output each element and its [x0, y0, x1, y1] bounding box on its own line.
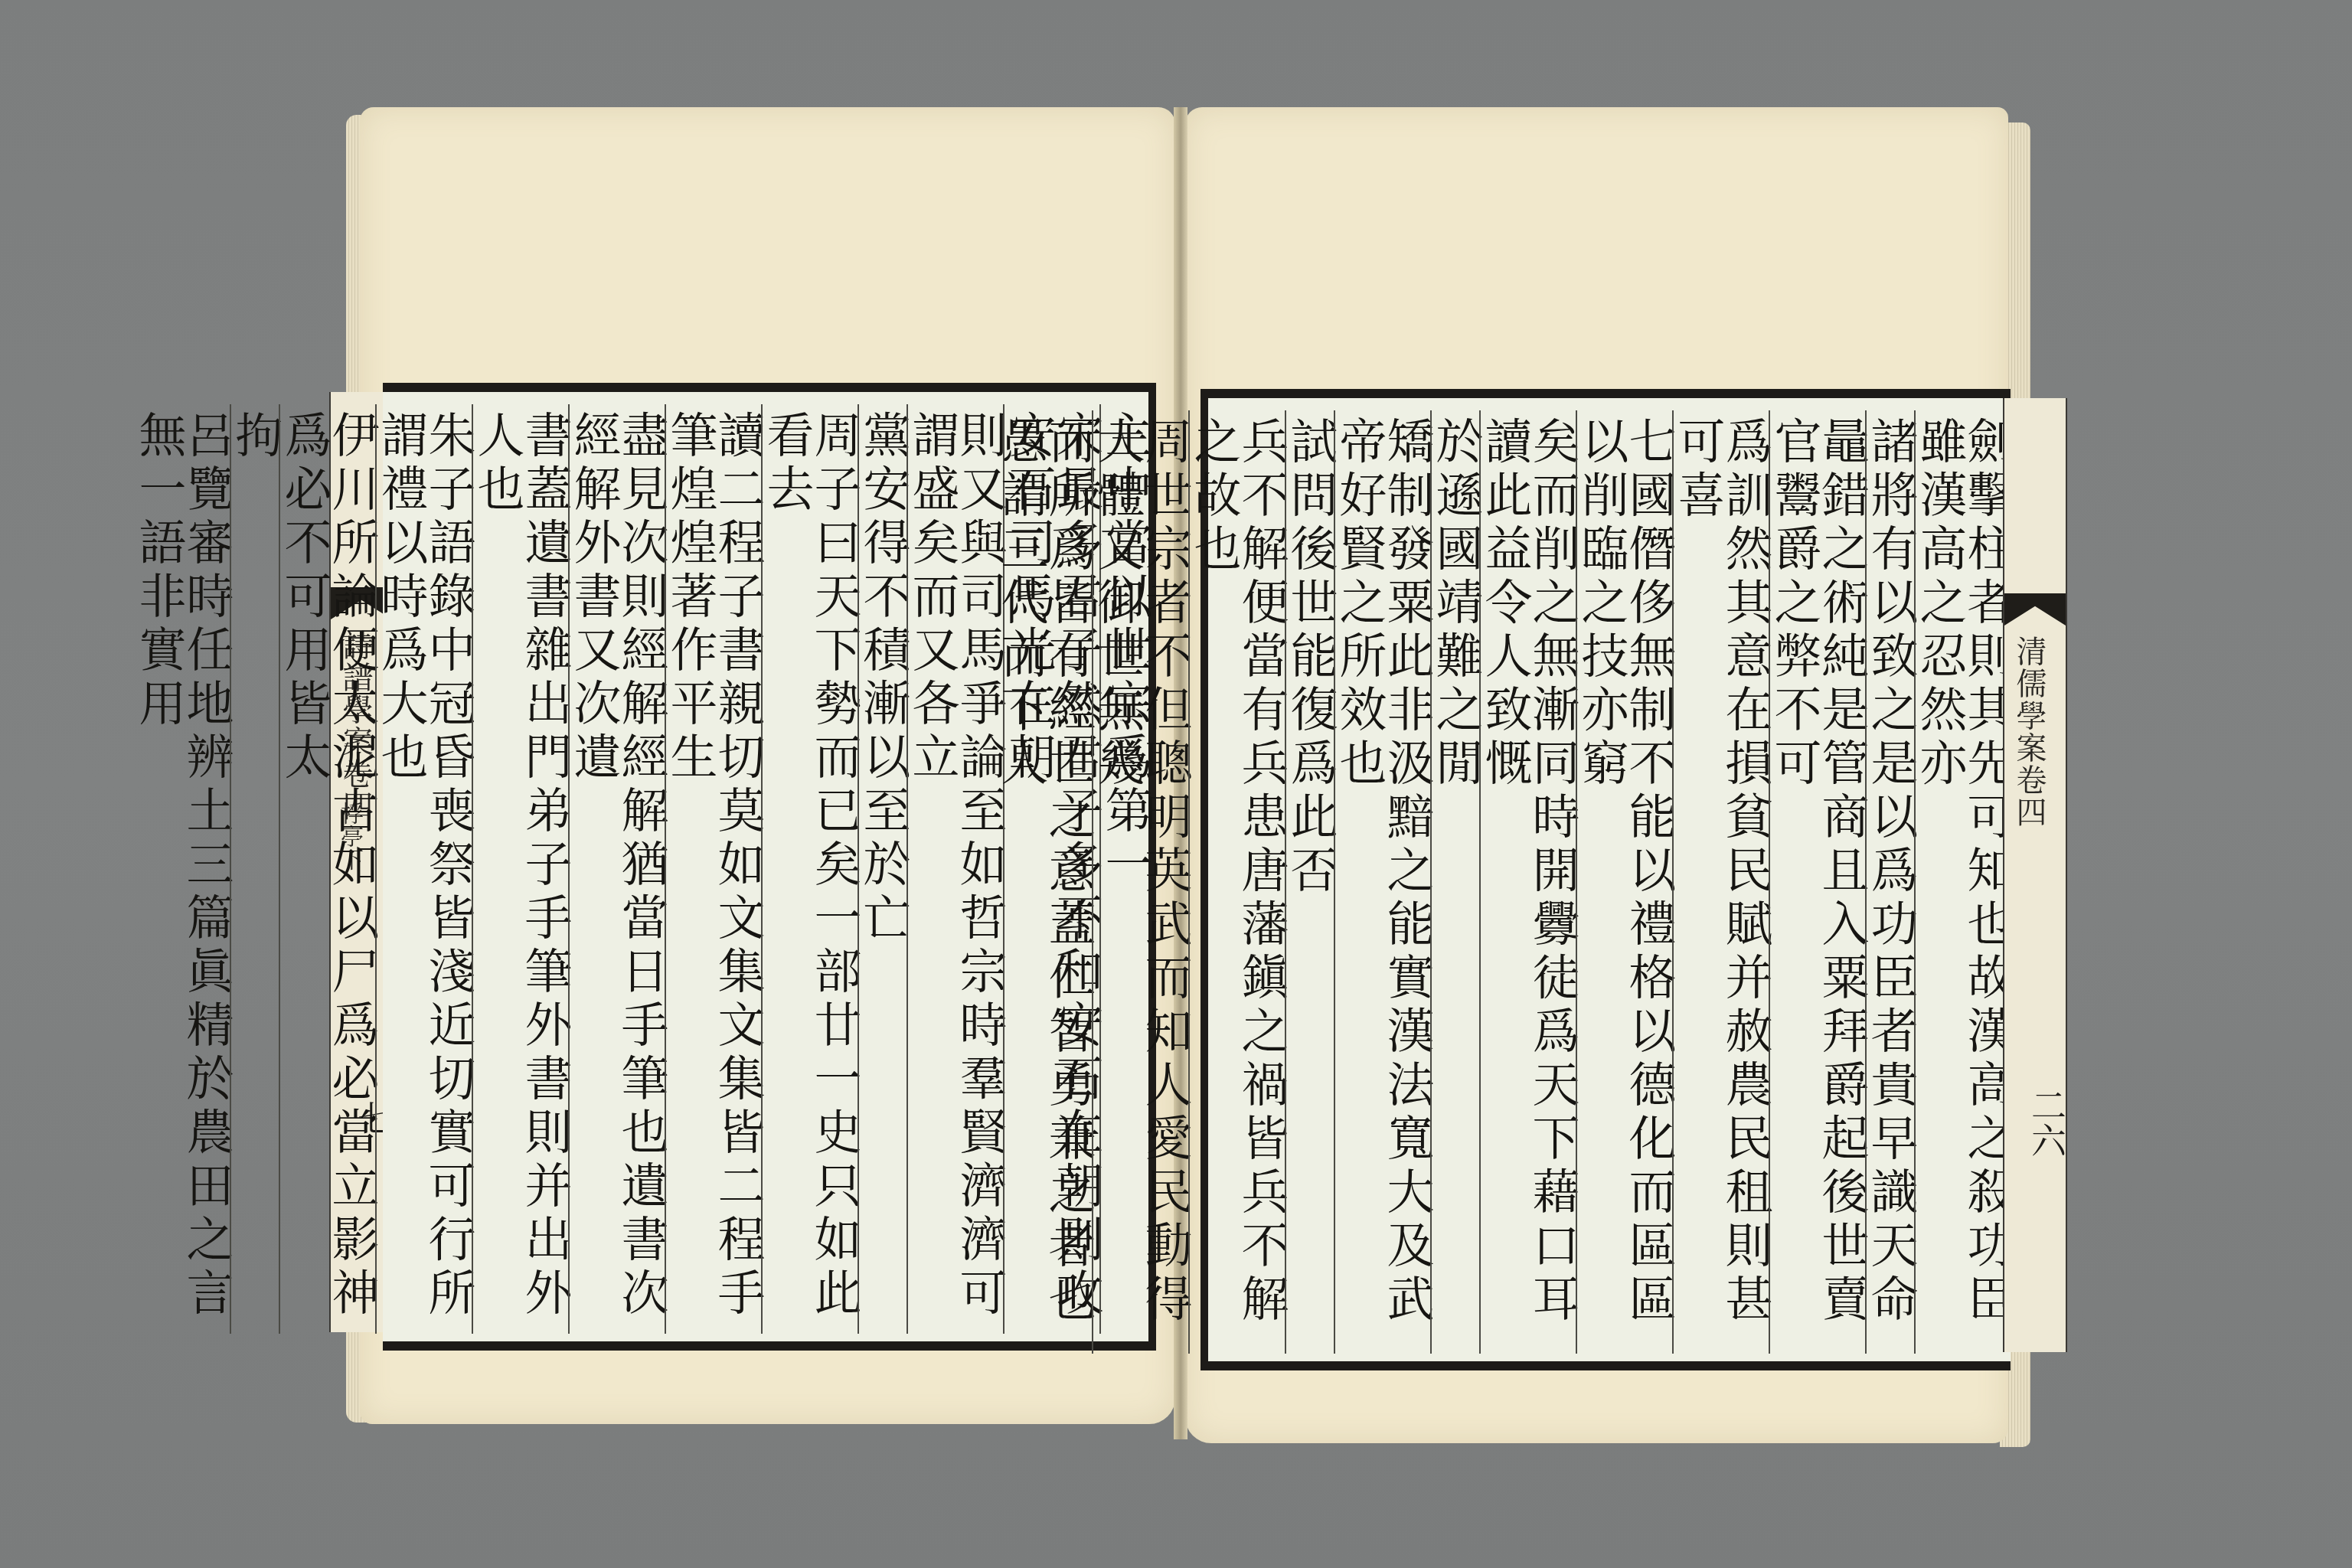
- text-column: 鼂錯之術純是管商且入粟拜爵起後世賣官鬻爵之弊不可: [1769, 410, 1865, 1354]
- text-column: 而所爲皆有經世之意蓋仁智勇兼之者也愚謂三代而下人: [997, 410, 1092, 1354]
- right-fold-margin: 清儒學案卷四 二六: [2003, 398, 2067, 1352]
- text-column: 於遜國靖難之閒: [1430, 410, 1479, 1354]
- text-column: 呂覽審時任地辨土三篇眞精於農田之言無一語非實用: [135, 404, 230, 1334]
- text-column: 周子曰天下勢而已矣一部廿一史只如此看去: [761, 404, 857, 1334]
- column-text: 黨安得不積漸以至於亡: [859, 410, 906, 946]
- text-column: 矣而削之無漸同時開釁徒爲天下藉口耳讀此益令人致慨: [1479, 410, 1576, 1354]
- column-text: 試問後世能復爲此否: [1286, 416, 1334, 899]
- right-print-frame: 劍擊柱者則其先可知也故漢高之殺功臣雖漢高之忍然亦 諸將有以致之是以爲功臣者貴早識…: [1200, 389, 2011, 1370]
- column-text: 則又與司馬爭論至如哲宗時羣賢濟濟可謂盛矣而又各立: [908, 410, 1003, 1334]
- text-column: 試問後世能復爲此否: [1285, 410, 1334, 1354]
- text-column: 爲訓然其意在損貧民賦并赦農民租則甚可喜: [1672, 410, 1769, 1354]
- column-text: 矣而削之無漸同時開釁徒爲天下藉口耳讀此益令人致慨: [1481, 416, 1576, 1354]
- column-text: 伊川所論便太泥古如以尸爲必當立影神爲必不可用皆太: [280, 410, 375, 1334]
- column-text: 諸將有以致之是以爲功臣者貴早識天命: [1867, 416, 1914, 1328]
- column-text: 七國僭侈無制不能以禮格以德化而區區以削臨之技亦窮: [1577, 416, 1672, 1354]
- text-column: 兵不解便當有兵患唐藩鎭之禍皆兵不解之故也: [1188, 410, 1285, 1354]
- column-text: 盡見次則經解經解猶當日手筆也遺書次經解外書又次遺: [570, 410, 665, 1334]
- open-book: 詩譜學案卷四 桴亭下 七 主中當以世宗爲第一 宋最多君子然君子多不和安石在朝則攻…: [0, 0, 2352, 1568]
- column-text: 而所爲皆有經世之意蓋仁智勇兼之者也愚謂三代而下人: [997, 416, 1092, 1354]
- column-text: 呂覽審時任地辨土三篇眞精於農田之言無一語非實用: [135, 410, 230, 1334]
- column-text: 劍擊柱者則其先可知也故漢高之殺功臣雖漢高之忍然亦: [1916, 416, 2011, 1354]
- text-column: 黨安得不積漸以至於亡: [857, 404, 906, 1334]
- column-text: 讀二程子書親切莫如文集文集皆二程手筆煌煌著作平生: [666, 410, 761, 1334]
- text-column: 盡見次則經解經解猶當日手筆也遺書次經解外書又次遺: [568, 404, 665, 1334]
- column-text: 兵不解便當有兵患唐藩鎭之禍皆兵不解之故也: [1190, 416, 1285, 1354]
- text-column: 劍擊柱者則其先可知也故漢高之殺功臣雖漢高之忍然亦: [1914, 410, 2011, 1354]
- right-page-number: 二六: [2021, 1087, 2072, 1158]
- column-text: 周世宗者不但聰明英武而知人愛民動得大體又御世無幾: [1093, 416, 1188, 1354]
- column-text: 書蓋遺書雜出門弟子手筆外書則并出外人也: [473, 410, 568, 1334]
- column-text: 爲訓然其意在損貧民賦并赦農民租則甚可喜: [1674, 416, 1769, 1354]
- column-text: 矯制發粟此非汲黯之能實漢法寬大及武帝好賢之所效也: [1335, 416, 1430, 1354]
- right-fold-title: 清儒學案卷四: [2014, 635, 2044, 828]
- text-column: 朱子語錄中冠昏喪祭皆淺近切實可行所謂禮以時爲大也: [375, 404, 472, 1334]
- column-text: 拘: [231, 410, 279, 464]
- text-column: 讀二程子書親切莫如文集文集皆二程手筆煌煌著作平生: [665, 404, 761, 1334]
- right-text-columns: 劍擊柱者則其先可知也故漢高之殺功臣雖漢高之忍然亦 諸將有以致之是以爲功臣者貴早識…: [1208, 410, 2011, 1354]
- column-text: 於遜國靖難之閒: [1432, 416, 1479, 792]
- text-column: 七國僭侈無制不能以禮格以德化而區區以削臨之技亦窮: [1576, 410, 1672, 1354]
- text-column: 則又與司馬爭論至如哲宗時羣賢濟濟可謂盛矣而又各立: [906, 404, 1003, 1334]
- column-text: 周子曰天下勢而已矣一部廿一史只如此看去: [763, 410, 857, 1334]
- text-column: 書蓋遺書雜出門弟子手筆外書則并出外人也: [472, 404, 568, 1334]
- text-column: 矯制發粟此非汲黯之能實漢法寬大及武帝好賢之所效也: [1334, 410, 1430, 1354]
- column-text: 鼂錯之術純是管商且入粟拜爵起後世賣官鬻爵之弊不可: [1770, 416, 1865, 1354]
- text-column: 諸將有以致之是以爲功臣者貴早識天命: [1865, 410, 1914, 1354]
- text-column: 伊川所論便太泥古如以尸爲必當立影神爲必不可用皆太: [279, 404, 375, 1334]
- text-column: 拘: [230, 404, 279, 1334]
- fish-tail-ornament: [2004, 593, 2066, 626]
- text-column: 周世宗者不但聰明英武而知人愛民動得大體又御世無幾: [1092, 410, 1188, 1354]
- column-text: 朱子語錄中冠昏喪祭皆淺近切實可行所謂禮以時爲大也: [377, 410, 472, 1334]
